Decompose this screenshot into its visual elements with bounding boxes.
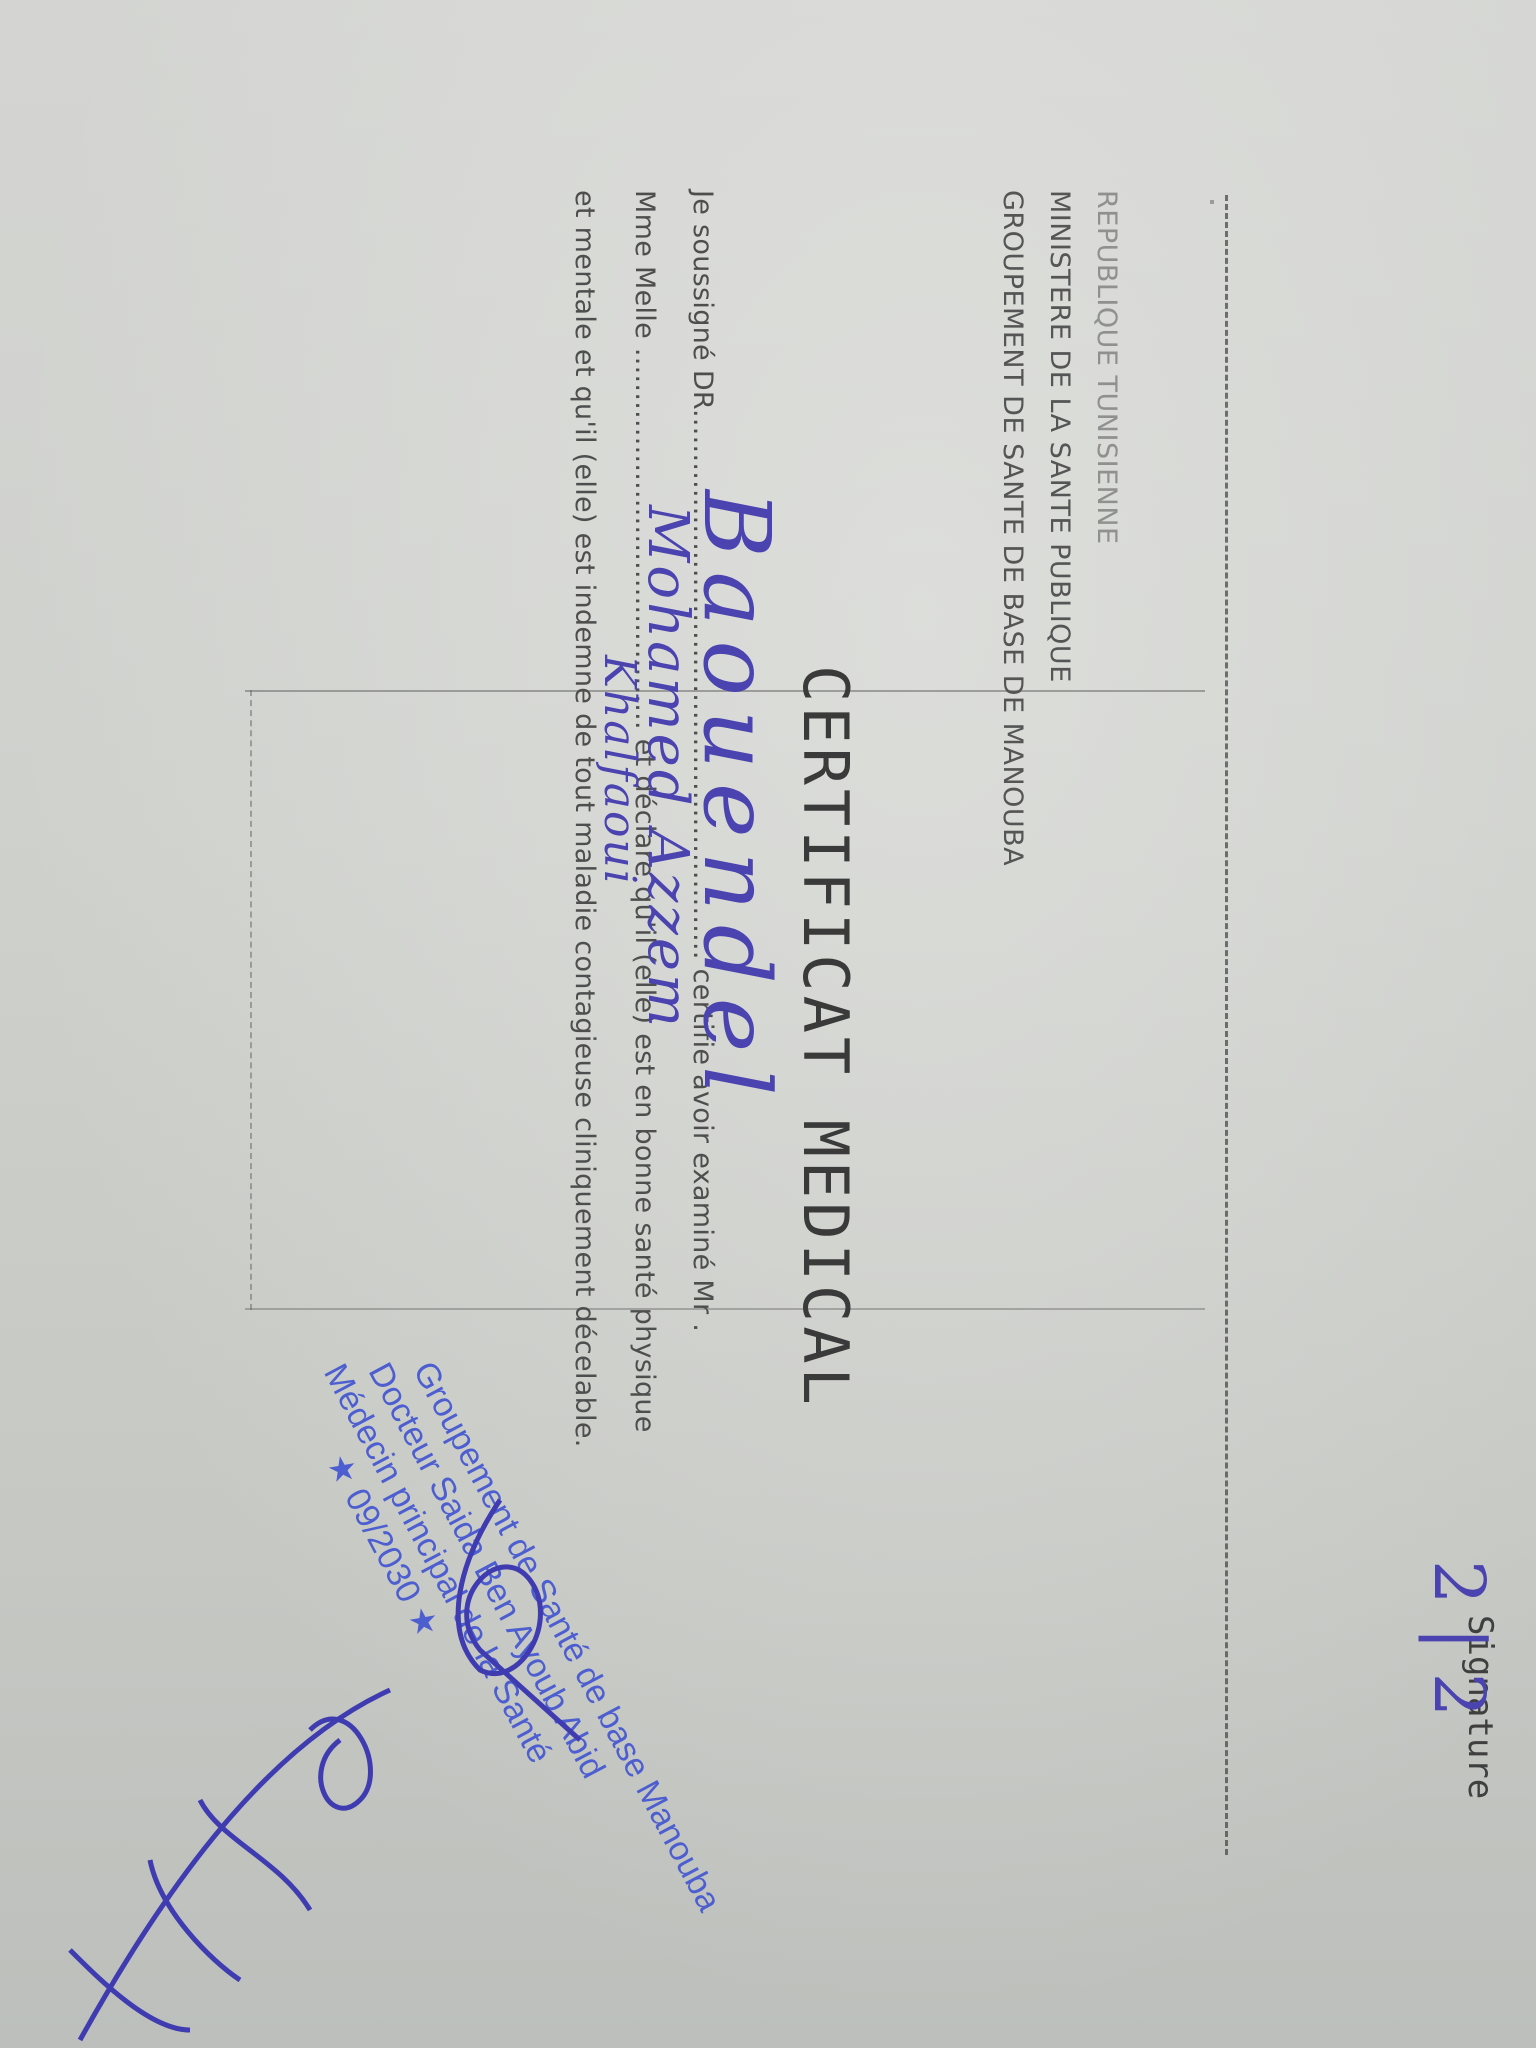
patient-label: Mme Melle (629, 190, 660, 339)
fold-line-top (1210, 200, 1214, 204)
header-ministry: MINISTERE DE LA SANTE PUBLIQUE (1044, 190, 1075, 683)
divider-line-2 (245, 1308, 1205, 1310)
signature-scribble (60, 1440, 1536, 2048)
frame-dashed-line-left (250, 690, 252, 1310)
doctor-label: Je soussigné DR (687, 190, 718, 409)
handwritten-patient-surname: Khalfaoui (594, 655, 645, 886)
document-title: CERTIFICAT MEDICAL (789, 665, 862, 1409)
header-republic: REPUBLIQUE TUNISIENNE (1091, 190, 1122, 545)
handwritten-date: 2 | 2 (1418, 1560, 1500, 1717)
header-group: GROUPEMENT DE SANTE DE BASE DE MANOUBA (997, 190, 1028, 866)
